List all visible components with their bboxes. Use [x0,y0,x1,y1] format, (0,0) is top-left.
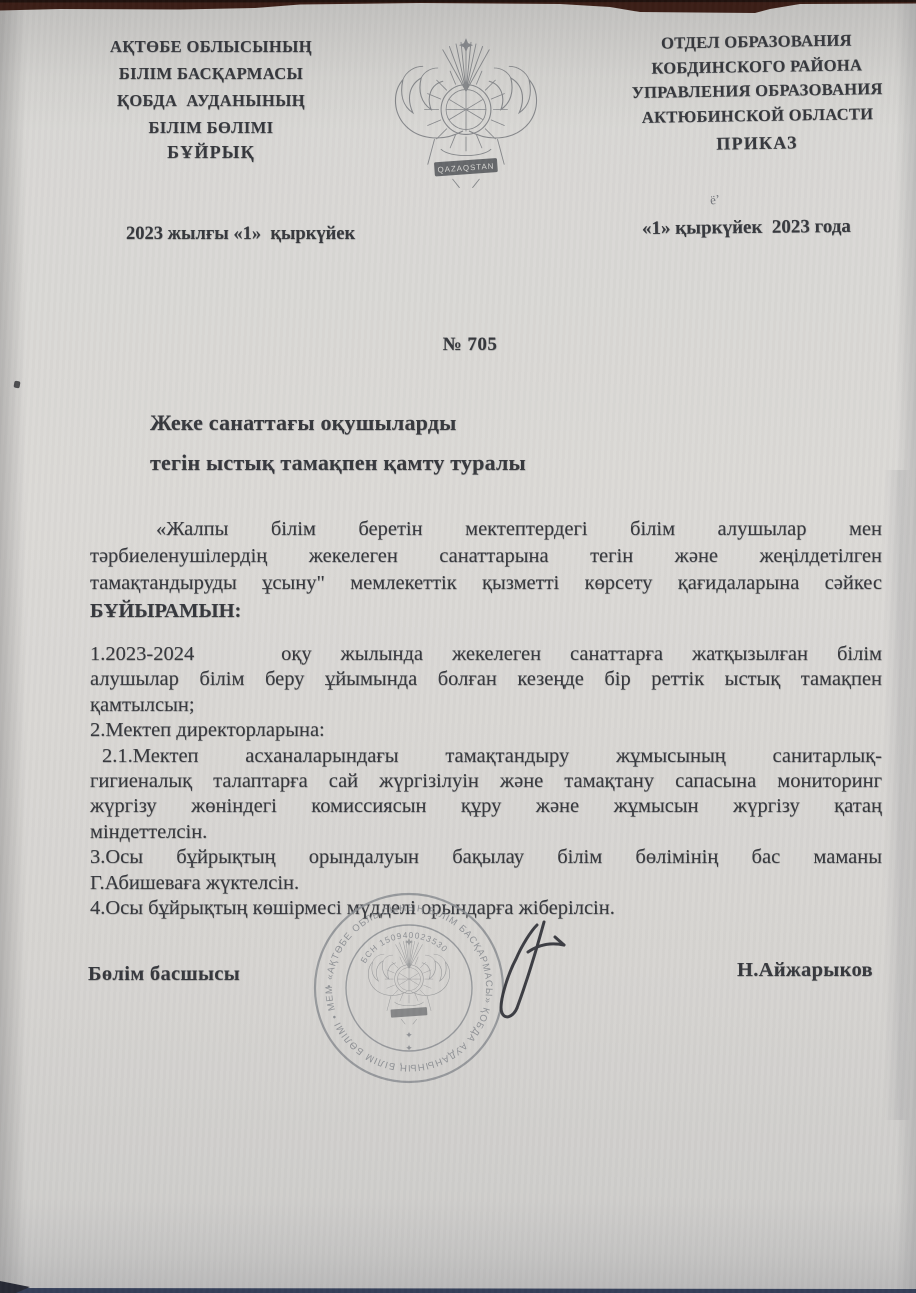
stamp-emblem [368,938,449,1024]
order-item-line: 1.2023-2024 оқу жылында жекелеген санатт… [90,642,882,667]
date-line-russian: «1» қыркүйек 2023 года [642,216,851,240]
doc-type-kazakh: БҰЙРЫҚ [78,142,344,163]
official-round-stamp: • «АҚТӨБЕ ОБЛЫСЫНЫҢ БІЛІМ БАСҚАРМАСЫ» ҚО… [309,885,509,1095]
order-item-line: қамтылсын; [90,693,882,718]
org-left-line: БІЛІМ БАСҚАРМАСЫ [78,60,344,87]
photo-edge-top [0,0,916,18]
handwritten-mark: ё’ [709,191,721,208]
doc-type-russian: ПРИКАЗ [606,131,908,157]
paper-crease [884,470,910,1120]
order-title-line: тегін ыстық тамақпен қамту туралы [150,443,670,483]
stamp-star: ✦ [405,1030,413,1040]
order-item-line: 3.Осы бұйрықтың орындалуын бақылау білім… [90,845,882,870]
intro-line: тәрбиеленушілердің жекелеген санаттарына… [90,543,882,570]
stamp-star: ✦ [405,1043,413,1053]
intro-line: тамақтандыруды ұсыну" мемлекеттік қызмет… [90,570,882,597]
paper-shading-left [0,0,26,1293]
handwritten-signature [486,916,570,1024]
order-item-line: 2.1.Мектеп асханаларындағы тамақтандыру … [90,744,882,769]
order-title-line: Жеке санаттағы оқушыларды [150,403,670,443]
scanned-order-document: АҚТӨБЕ ОБЛЫСЫНЫҢ БІЛІМ БАСҚАРМАСЫ ҚОБДА … [0,0,916,1293]
org-left-line: БІЛІМ БӨЛІМІ [78,114,344,141]
org-right-line: АКТЮБИНСКОЙ ОБЛАСТИ [606,101,908,130]
org-left-line: ҚОБДА АУДАНЫНЫҢ [78,87,344,114]
order-item-line: 2.Мектеп директорларына: [90,718,882,743]
photo-edge-bottom [0,1279,916,1293]
order-items: 1.2023-2024 оқу жылында жекелеген санатт… [90,642,882,921]
order-number: № 705 [410,334,530,356]
order-item-line: міндеттелсін. [90,820,882,845]
org-header-right: ОТДЕЛ ОБРАЗОВАНИЯ КОБДИНСКОГО РАЙОНА УПР… [605,28,909,131]
date-line-kazakh: 2023 жылғы «1» қыркүйек [126,224,355,245]
order-title: Жеке санаттағы оқушыларды тегін ыстық та… [150,403,670,483]
org-left-line: АҚТӨБЕ ОБЛЫСЫНЫҢ [78,33,344,60]
intro-line: «Жалпы білім беретін мектептердегі білім… [90,516,882,543]
intro-paragraph: «Жалпы білім беретін мектептердегі білім… [90,516,882,625]
order-item-line: алушылар білім беру ұйымында болған кезе… [90,667,882,692]
kazakhstan-emblem: QAZAQSTAN [383,33,549,191]
order-item-line: гигиеналық талаптарға сай жүргізілуін жә… [90,769,882,794]
resolution-word: БҰЙЫРАМЫН: [90,598,882,625]
signer-name: Н.Айжарыков [737,959,873,982]
org-header-left: АҚТӨБЕ ОБЛЫСЫНЫҢ БІЛІМ БАСҚАРМАСЫ ҚОБДА … [78,33,344,141]
signer-position: Бөлім басшысы [88,963,240,986]
order-item-line: жүргізу жөніндегі комиссиясын құру және … [90,794,882,819]
